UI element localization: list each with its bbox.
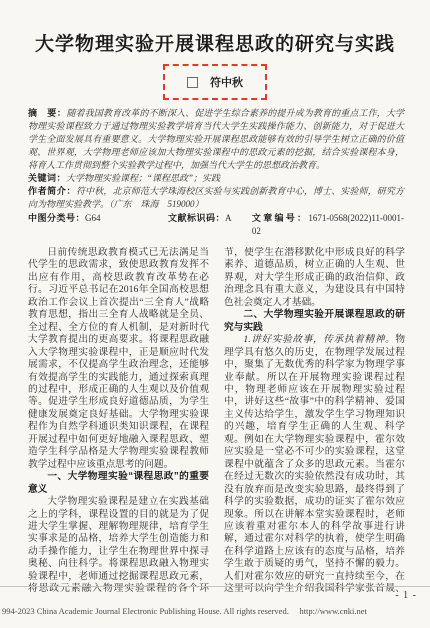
- footer-divider: [0, 586, 430, 587]
- clc-label: 中图分类号：: [28, 213, 85, 223]
- clc-number: 中图分类号：G64: [28, 212, 168, 238]
- abstract-label: 摘 要：: [28, 108, 67, 118]
- article-body-two-columns: 日前传统思政教育模式已无法满足当代学生的思政需求，致使思政教育发挥不出应有作用，…: [28, 247, 405, 599]
- journal-article-page: 大学物理实验开展课程思政的研究与实践 符中秋 摘 要：随着我国教育改革的不断深入…: [0, 0, 430, 628]
- article-title: 大学物理实验开展课程思政的研究与实践: [0, 0, 430, 57]
- author-name: 符中秋: [210, 74, 243, 90]
- section-1-heading: 一、大学物理实验“课程思政”的重要意义: [28, 471, 209, 496]
- abstract-text: 随着我国教育改革的不断深入、促进学生综合素养的提升成为教育的重点工作，大学物理实…: [28, 108, 404, 170]
- subsection-1-lead: 1.讲好实验故事，传承执着精神。: [243, 334, 395, 345]
- clc-value: G64: [85, 213, 101, 223]
- document-code: 文献标识码：A: [168, 212, 252, 238]
- abstract: 摘 要：随着我国教育改革的不断深入、促进学生综合素养的提升成为教育的重点工作，大…: [28, 107, 404, 172]
- document-code-value: A: [225, 213, 232, 223]
- copyright-line: 994-2023 China Academic Journal Electron…: [2, 605, 367, 617]
- keywords-label: 关键词：: [28, 173, 66, 183]
- keywords-text: 大学物理实验课程；“课程思政”；实践: [66, 173, 220, 183]
- author-bio-label: 作者简介：: [28, 186, 76, 196]
- section-2-heading: 二、大学物理实验开展课程思政的研究与实践: [224, 309, 405, 334]
- author-checkbox-icon: [187, 77, 198, 88]
- classification-line: 中图分类号：G64 文献标识码：A 文章编号：1671-0568(2022)11…: [28, 212, 404, 238]
- document-code-label: 文献标识码：: [168, 213, 225, 223]
- author-bio-text: 符中秋，北京师范大学珠海校区实验与实践创新教育中心，博士、实验师，研究方向为物理…: [28, 186, 404, 209]
- keywords: 关键词：大学物理实验课程；“课程思政”；实践: [28, 172, 404, 185]
- page-number: - 1 -: [395, 590, 417, 601]
- article-meta: 摘 要：随着我国教育改革的不断深入、促进学生综合素养的提升成为教育的重点工作，大…: [28, 107, 404, 238]
- intro-paragraph: 日前传统思政教育模式已无法满足当代学生的思政需求，致使思政教育发挥不出应有作用，…: [28, 247, 209, 471]
- author-highlight-box: 符中秋: [163, 64, 267, 100]
- article-number: 文章编号：1671-0568(2022)11-0001-02: [252, 212, 404, 238]
- author-bio: 作者简介：符中秋，北京师范大学珠海校区实验与实践创新教育中心，博士、实验师，研究…: [28, 185, 404, 211]
- article-number-label: 文章编号：: [252, 213, 308, 223]
